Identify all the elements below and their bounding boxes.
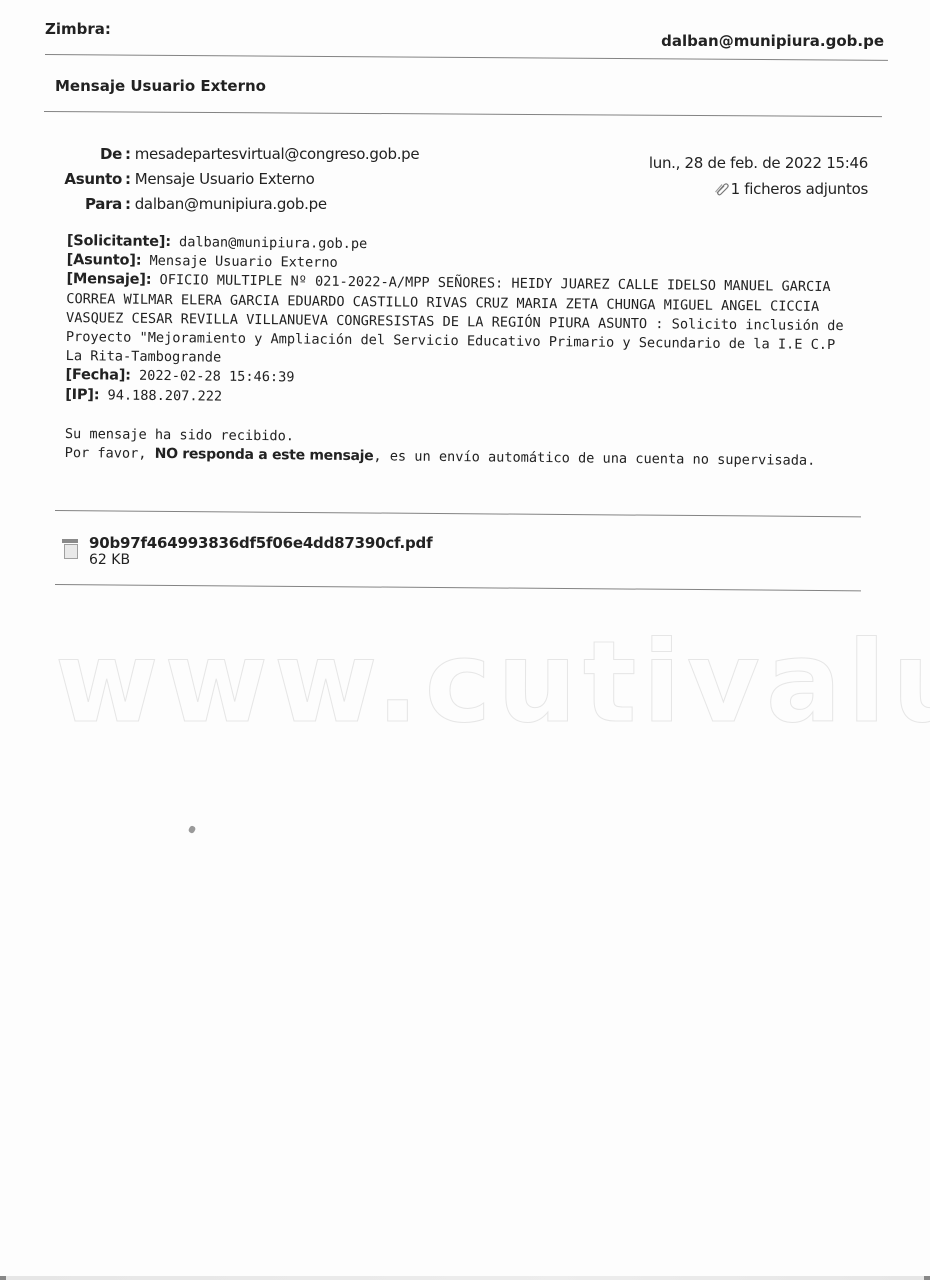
message-date: lun., 28 de feb. de 2022 15:46 (649, 154, 868, 172)
solicitante-value: dalban@munipiura.gob.pe (171, 234, 368, 252)
to-row: Para:dalban@munipiura.gob.pe (54, 195, 327, 213)
to-label: Para (54, 195, 122, 213)
auto-reply-notice: Su mensaje ha sido recibido. Por favor, … (65, 425, 855, 472)
message-body: [Solicitante]: dalban@munipiura.gob.pe [… (65, 232, 857, 471)
separator: : (125, 195, 131, 213)
solicitante-label: [Solicitante]: (67, 233, 171, 250)
attachments-count: 1 ficheros adjuntos (731, 180, 868, 198)
ip-label: [IP]: (65, 387, 99, 403)
header-divider (45, 54, 888, 61)
attachment-file-name[interactable]: 90b97f464993836df5f06e4dd87390cf.pdf (89, 534, 432, 552)
attachment-info: 90b97f464993836df5f06e4dd87390cf.pdf 62 … (89, 534, 432, 569)
notice-suffix: , es un envío automático de una cuenta n… (373, 448, 815, 469)
fecha-label: [Fecha]: (65, 367, 130, 384)
attachment-item[interactable]: 90b97f464993836df5f06e4dd87390cf.pdf 62 … (62, 534, 432, 569)
from-value[interactable]: mesadepartesvirtual@congreso.gob.pe (135, 145, 420, 163)
watermark: www.cutivalu.pe (55, 618, 930, 748)
app-name: Zimbra: (45, 20, 111, 38)
notice-prefix: Por favor, (65, 445, 155, 462)
title-divider (44, 111, 882, 117)
mensaje-value: OFICIO MULTIPLE Nº 021-2022-A/MPP SEÑORE… (66, 272, 852, 366)
body-divider (55, 510, 861, 517)
subject-label: Asunto (54, 170, 122, 188)
ip-value: 94.188.207.222 (99, 387, 222, 404)
scan-speck (188, 825, 197, 834)
attachment-file-size: 62 KB (89, 552, 432, 569)
separator: : (125, 145, 131, 163)
from-row: De:mesadepartesvirtual@congreso.gob.pe (54, 145, 419, 163)
to-value[interactable]: dalban@munipiura.gob.pe (135, 195, 327, 213)
subject-value: Mensaje Usuario Externo (135, 170, 315, 188)
message-title: Mensaje Usuario Externo (55, 77, 266, 95)
attachment-divider (55, 584, 861, 591)
subject-row: Asunto:Mensaje Usuario Externo (54, 170, 314, 188)
attachments-summary[interactable]: 1 ficheros adjuntos (714, 180, 868, 198)
asunto-value: Mensaje Usuario Externo (141, 253, 338, 271)
user-email: dalban@munipiura.gob.pe (661, 32, 884, 50)
asunto-label: [Asunto]: (67, 252, 142, 269)
mensaje-label: [Mensaje]: (66, 271, 151, 288)
scan-edge (0, 1276, 930, 1280)
mensaje-line: [Mensaje]: OFICIO MULTIPLE Nº 021-2022-A… (66, 270, 857, 374)
fecha-value: 2022-02-28 15:46:39 (131, 368, 295, 386)
paperclip-icon (714, 182, 730, 196)
pdf-file-icon (62, 539, 78, 557)
notice-bold: NO responda a este mensaje (155, 446, 374, 464)
separator: : (125, 170, 131, 188)
from-label: De (54, 145, 122, 163)
